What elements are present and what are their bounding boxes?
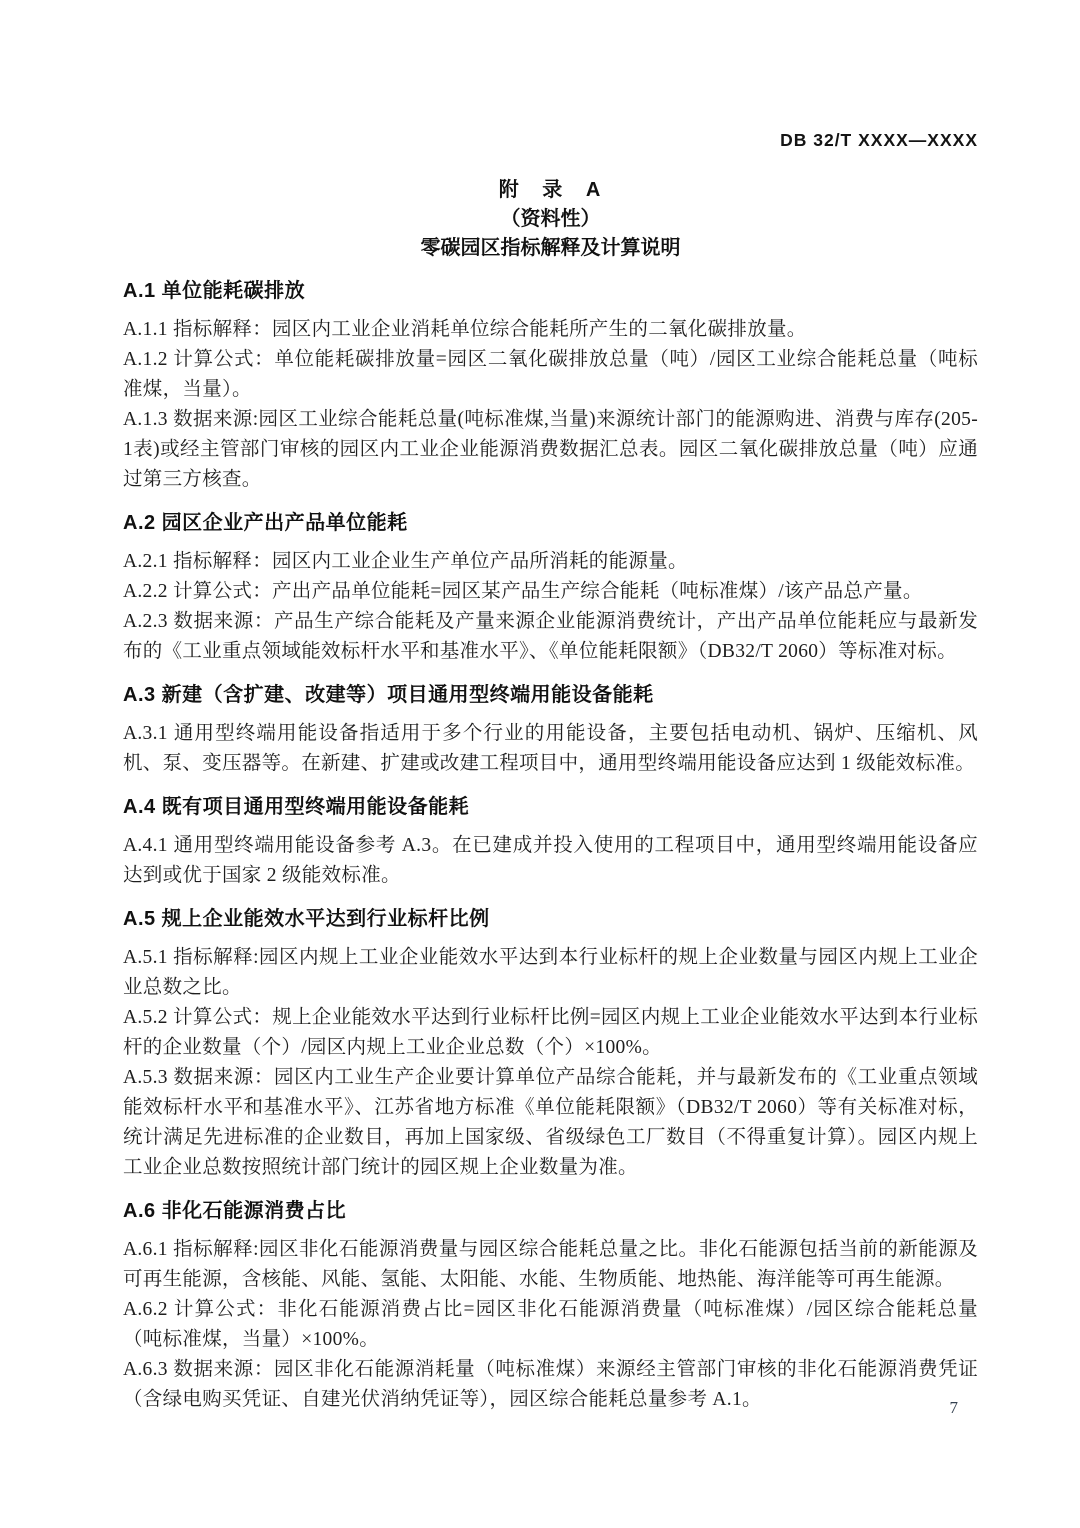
paragraph: A.3.1 通用型终端用能设备指适用于多个行业的用能设备，主要包括电动机、锅炉、… <box>123 719 978 779</box>
appendix-title: 零碳园区指标解释及计算说明 <box>123 234 978 263</box>
paragraph: A.5.2 计算公式：规上企业能效水平达到行业标杆比例=园区内规上工业企业能效水… <box>123 1003 978 1063</box>
appendix-title-block: 附 录 A （资料性） 零碳园区指标解释及计算说明 <box>123 176 978 263</box>
paragraph: A.6.2 计算公式：非化石能源消费占比=园区非化石能源消费量（吨标准煤）/园区… <box>123 1295 978 1355</box>
paragraph: A.2.2 计算公式：产出产品单位能耗=园区某产品生产综合能耗（吨标准煤）/该产… <box>123 577 978 607</box>
paragraph: A.1.2 计算公式：单位能耗碳排放量=园区二氧化碳排放总量（吨）/园区工业综合… <box>123 345 978 405</box>
appendix-classification: （资料性） <box>123 205 978 234</box>
appendix-label: 附 录 A <box>123 176 978 205</box>
section-heading: A.1 单位能耗碳排放 <box>123 276 978 306</box>
paragraph: A.5.1 指标解释:园区内规上工业企业能效水平达到本行业标杆的规上企业数量与园… <box>123 943 978 1003</box>
paragraph: A.2.3 数据来源：产品生产综合能耗及产量来源企业能源消费统计，产出产品单位能… <box>123 607 978 667</box>
section-heading: A.4 既有项目通用型终端用能设备能耗 <box>123 792 978 822</box>
paragraph: A.4.1 通用型终端用能设备参考 A.3。在已建成并投入使用的工程项目中，通用… <box>123 831 978 891</box>
section-heading: A.2 园区企业产出产品单位能耗 <box>123 508 978 538</box>
paragraph: A.1.3 数据来源:园区工业综合能耗总量(吨标准煤,当量)来源统计部门的能源购… <box>123 405 978 495</box>
section-heading: A.5 规上企业能效水平达到行业标杆比例 <box>123 904 978 934</box>
page-content: DB 32/T XXXX—XXXX 附 录 A （资料性） 零碳园区指标解释及计… <box>123 0 978 1415</box>
paragraph: A.6.1 指标解释:园区非化石能源消费量与园区综合能耗总量之比。非化石能源包括… <box>123 1235 978 1295</box>
section-a6: A.6 非化石能源消费占比 A.6.1 指标解释:园区非化石能源消费量与园区综合… <box>123 1196 978 1415</box>
paragraph: A.2.1 指标解释：园区内工业企业生产单位产品所消耗的能源量。 <box>123 547 978 577</box>
section-heading: A.6 非化石能源消费占比 <box>123 1196 978 1226</box>
standard-code: DB 32/T XXXX—XXXX <box>123 0 978 150</box>
section-heading: A.3 新建（含扩建、改建等）项目通用型终端用能设备能耗 <box>123 680 978 710</box>
paragraph: A.6.3 数据来源：园区非化石能源消耗量（吨标准煤）来源经主管部门审核的非化石… <box>123 1355 978 1415</box>
paragraph: A.5.3 数据来源：园区内工业生产企业要计算单位产品综合能耗，并与最新发布的《… <box>123 1063 978 1183</box>
section-a1: A.1 单位能耗碳排放 A.1.1 指标解释：园区内工业企业消耗单位综合能耗所产… <box>123 276 978 495</box>
paragraph: A.1.1 指标解释：园区内工业企业消耗单位综合能耗所产生的二氧化碳排放量。 <box>123 315 978 345</box>
page-number: 7 <box>950 1398 959 1418</box>
document-page: DB 32/T XXXX—XXXX 附 录 A （资料性） 零碳园区指标解释及计… <box>0 0 1080 1528</box>
section-a5: A.5 规上企业能效水平达到行业标杆比例 A.5.1 指标解释:园区内规上工业企… <box>123 904 978 1183</box>
section-a2: A.2 园区企业产出产品单位能耗 A.2.1 指标解释：园区内工业企业生产单位产… <box>123 508 978 667</box>
section-a3: A.3 新建（含扩建、改建等）项目通用型终端用能设备能耗 A.3.1 通用型终端… <box>123 680 978 779</box>
section-a4: A.4 既有项目通用型终端用能设备能耗 A.4.1 通用型终端用能设备参考 A.… <box>123 792 978 891</box>
